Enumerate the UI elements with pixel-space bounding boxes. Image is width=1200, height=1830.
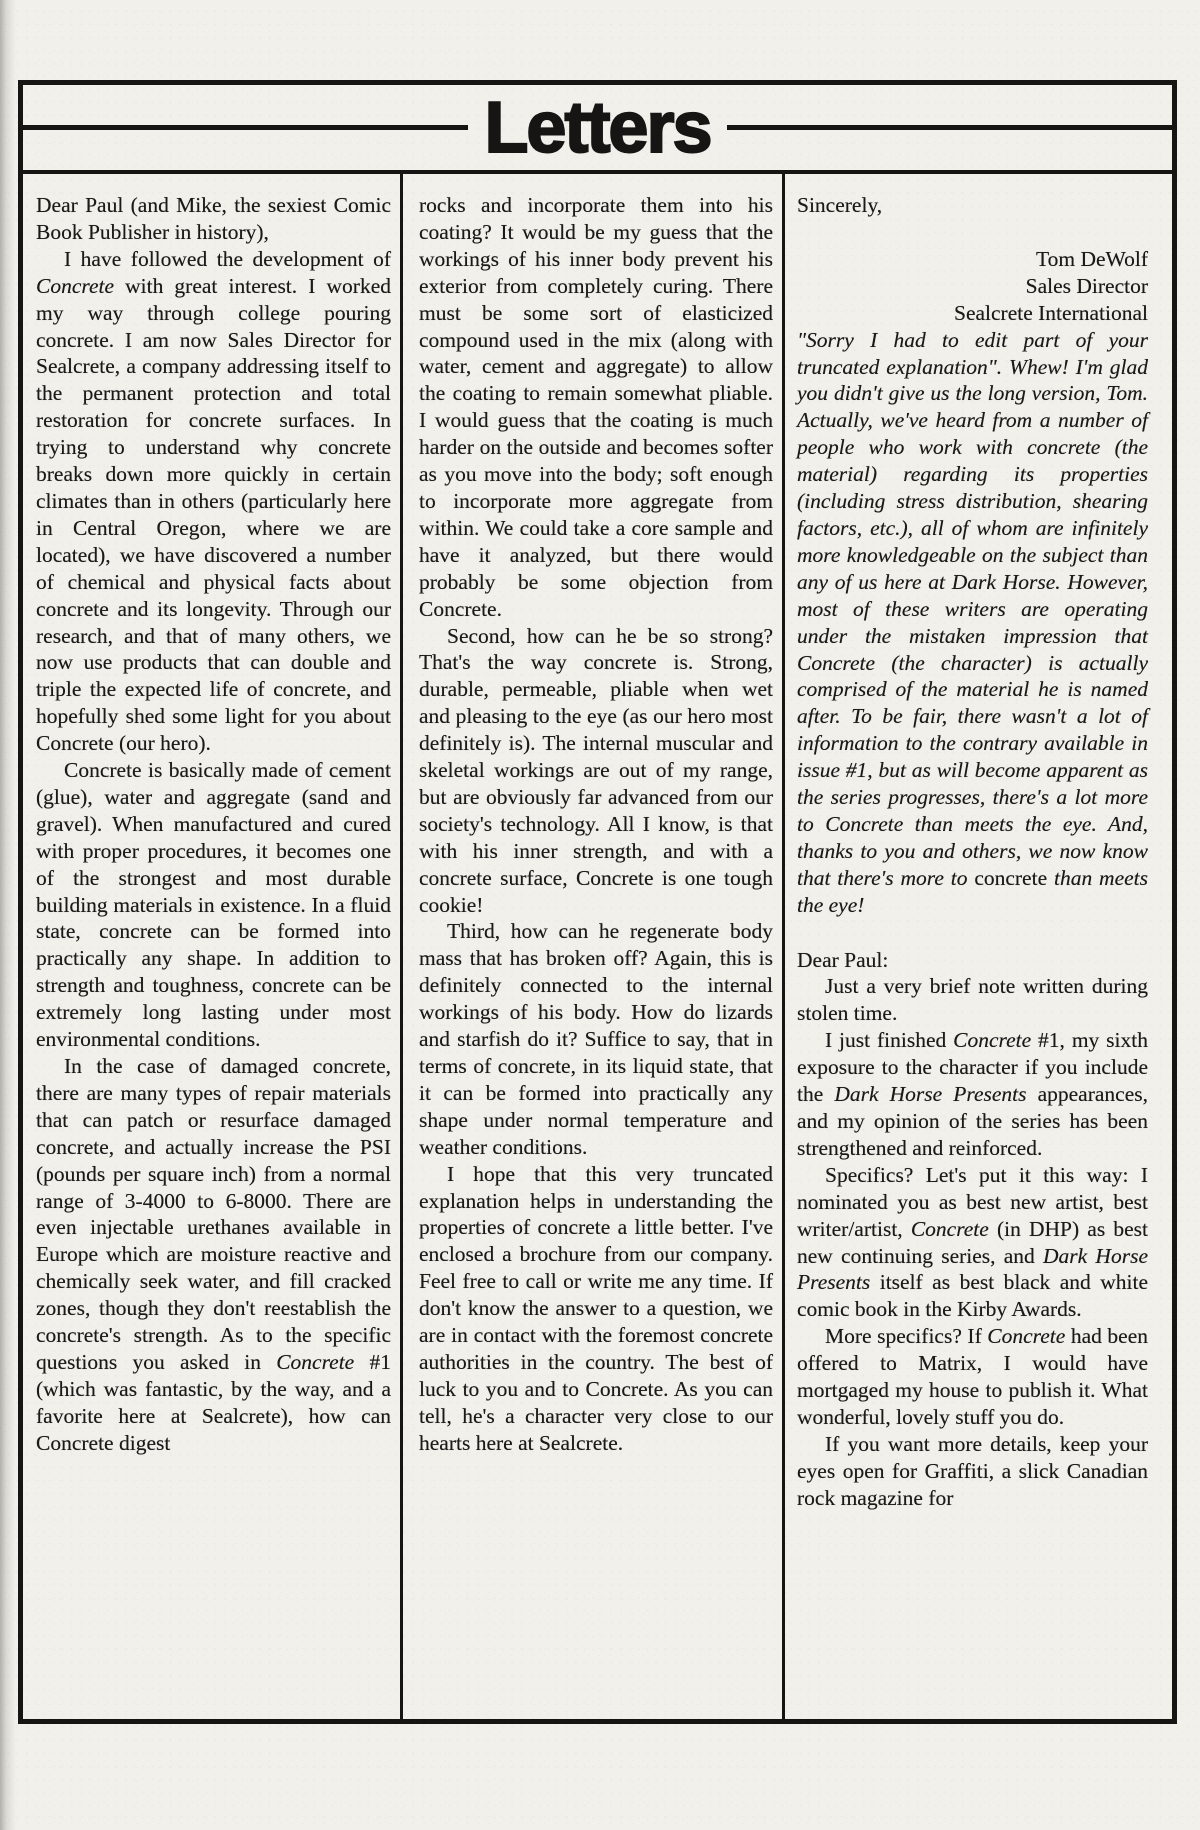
- letter2-paragraph-specifics: Specifics? Let's put it this way: I nomi…: [797, 1162, 1148, 1323]
- letter2-paragraph-details: If you want more details, keep your eyes…: [797, 1431, 1148, 1512]
- scan-edge-shadow: [0, 0, 16, 1830]
- letter1-greeting: Dear Paul (and Mike, the sexiest Comic B…: [36, 192, 391, 246]
- header-rule-left: [23, 125, 468, 130]
- letter1-paragraph-hope: I hope that this very truncated explanat…: [419, 1161, 773, 1457]
- page-title: Letters: [484, 88, 710, 168]
- letters-header: Letters: [23, 85, 1172, 174]
- page-root: { "title": "Letters", "ink_color": "#161…: [0, 0, 1200, 1830]
- column-1: Dear Paul (and Mike, the sexiest Comic B…: [23, 174, 400, 1724]
- column-2: rocks and incorporate them into his coat…: [400, 174, 782, 1724]
- letter1-closing: Sincerely,: [797, 192, 1148, 219]
- letter1-paragraph-second: Second, how can he be so strong? That's …: [419, 623, 773, 919]
- letter2-greeting: Dear Paul:: [797, 947, 1148, 974]
- letter1-paragraph-followed: I have followed the development of Concr…: [36, 246, 391, 757]
- column-3: Sincerely, Tom DeWolf Sales Director Sea…: [782, 174, 1172, 1724]
- editor-reply-note: "Sorry I had to edit part of your trunca…: [797, 327, 1148, 919]
- letter1-paragraph-third: Third, how can he regenerate body mass t…: [419, 918, 773, 1160]
- header-rule-right: [727, 125, 1172, 130]
- letter1-paragraph-basics: Concrete is basically made of cement (gl…: [36, 757, 391, 1053]
- signature-role: Sales Director: [797, 273, 1148, 300]
- signature-name: Tom DeWolf: [797, 246, 1148, 273]
- letter2-paragraph-brief: Just a very brief note written during st…: [797, 973, 1148, 1027]
- letter2-paragraph-more-specifics: More specifics? If Concrete had been off…: [797, 1323, 1148, 1431]
- signature-company: Sealcrete International: [797, 300, 1148, 327]
- letters-columns: Dear Paul (and Mike, the sexiest Comic B…: [23, 174, 1172, 1724]
- letter1-paragraph-damaged: In the case of damaged concrete, there a…: [36, 1053, 391, 1457]
- letter2-paragraph-finished: I just finished Concrete #1, my sixth ex…: [797, 1027, 1148, 1162]
- letters-box: Letters Dear Paul (and Mike, the sexiest…: [18, 80, 1177, 1724]
- letter1-paragraph-rocks: rocks and incorporate them into his coat…: [419, 192, 773, 623]
